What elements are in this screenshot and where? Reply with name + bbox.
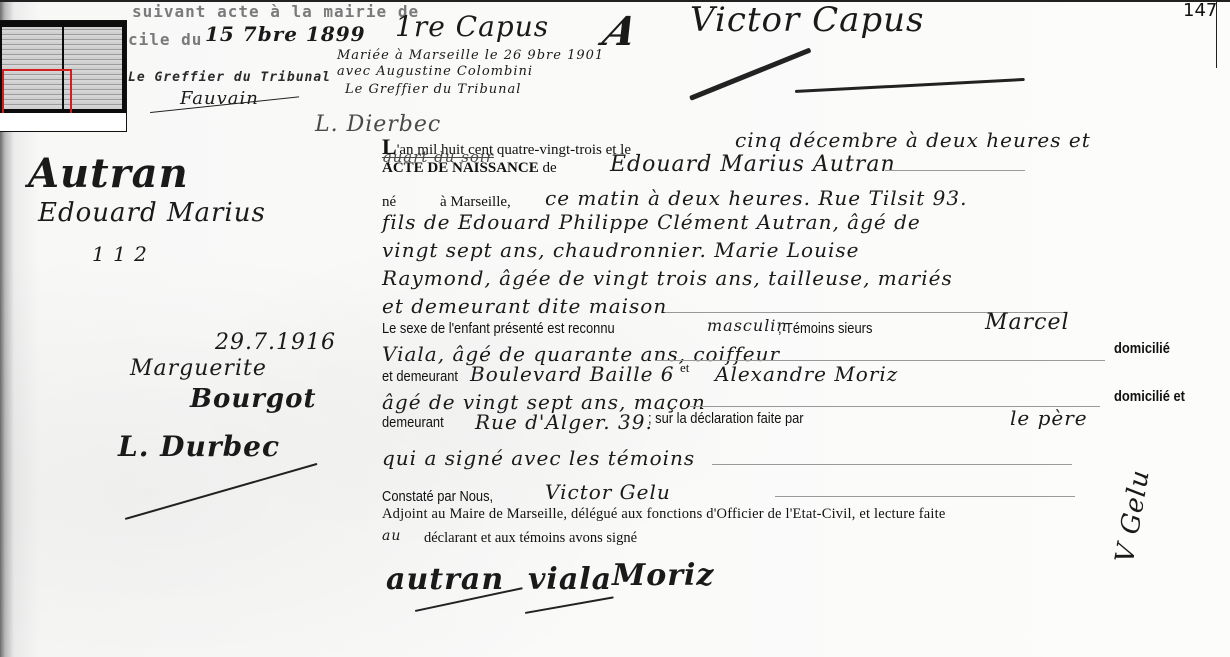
child-name: Edouard Marius Autran — [610, 152, 896, 177]
minimap-viewport-frame[interactable] — [2, 69, 72, 115]
born-place-printed: à Marseille, — [440, 194, 511, 211]
greffier-signature: Fauvain — [180, 88, 259, 109]
mother-line: Raymond, âgée de vingt trois ans, taille… — [382, 266, 953, 290]
minimap-footer — [0, 113, 126, 131]
register-label: 1re Capus — [395, 10, 549, 43]
father-line2: vingt sept ans, chaudronnier. Marie Loui… — [382, 238, 859, 262]
demeurant-label-1: et demeurant — [382, 368, 458, 385]
signature-flourish-thick — [689, 47, 811, 100]
father-signature: autran — [386, 562, 504, 597]
father-line: fils de Edouard Philippe Clément Autran,… — [382, 210, 921, 234]
page-navigator-minimap[interactable] — [0, 20, 127, 132]
demeurant-label-2: demeurant — [382, 414, 444, 431]
witness1-first-name: Marcel — [985, 310, 1070, 335]
witness2-address: Rue d'Alger. 39. — [475, 410, 653, 434]
domicilie-label-2: domicilié et — [1114, 388, 1185, 405]
domicilie-label-1: domicilié — [1114, 340, 1170, 357]
final-printed: déclarant et aux témoins avons signé — [424, 530, 637, 547]
act-title: ACTE DE NAISSANCE de — [382, 160, 557, 177]
witness1-address: Boulevard Baille 6 — [470, 362, 675, 386]
sex-printed: Le sexe de l'enfant présenté est reconnu — [382, 320, 615, 337]
mention-spouse-first: Marguerite — [130, 356, 267, 381]
top-initial-signature: A — [597, 8, 644, 55]
declaration-printed: ; sur la déclaration faite par — [648, 410, 804, 427]
declarant-line2: qui a signé avec les témoins — [382, 446, 695, 470]
declarant: le père — [1010, 406, 1088, 430]
fill-line — [712, 464, 1072, 465]
witnesses-printed: ; Témoins sieurs — [778, 320, 872, 337]
officer-signature: V Gelu — [1110, 467, 1156, 565]
margin-given-names: Edouard Marius — [38, 198, 266, 228]
mention-greffier-signature: L. Durbec — [118, 430, 280, 463]
minimap-right-page — [64, 27, 122, 109]
adjoint-printed: Adjoint au Maire de Marseille, délégué a… — [382, 506, 945, 523]
witness1-signature: viala — [528, 562, 612, 597]
page-edge-line — [1216, 0, 1217, 68]
mention-spouse-last: Bourgot — [190, 384, 316, 414]
fill-line — [775, 496, 1075, 497]
born-details: ce matin à deux heures. Rue Tilsit 93. — [545, 186, 968, 210]
marriage-note-line2: avec Augustine Colombini — [337, 64, 533, 79]
witness2-name: Alexandre Moriz — [715, 362, 898, 386]
born-label: né — [382, 194, 396, 211]
previous-act-date: 15 7bre 1899 — [205, 22, 366, 46]
signature-underline — [795, 78, 1025, 93]
mention-flourish — [125, 463, 318, 520]
constate-printed: Constaté par Nous, — [382, 488, 493, 505]
residence-line: et demeurant dite maison — [382, 294, 667, 318]
fill-line — [655, 360, 1105, 361]
au-hand: au — [382, 528, 401, 544]
scanned-register-page: suivant acte à la mairie de cile du 15 7… — [0, 0, 1230, 657]
top-officer-signature: Victor Capus — [690, 0, 924, 40]
mention-date: 29.7.1916 — [215, 330, 336, 355]
et-label: et — [680, 360, 689, 376]
marriage-note-line3: Le Greffier du Tribunal — [345, 82, 521, 97]
page-number: 147 — [1183, 0, 1217, 21]
witness2-signature: Moriz — [612, 558, 714, 593]
act-date-time-hand: cinq décembre à deux heures et — [735, 128, 1091, 152]
margin-surname: Autran — [28, 150, 189, 197]
officer-name: Victor Gelu — [545, 480, 671, 504]
previous-act-typed-line1: suivant acte à la mairie de — [132, 2, 419, 21]
fill-line — [885, 170, 1025, 171]
witness1-signature-flourish — [525, 596, 614, 614]
sex-value: masculin — [707, 316, 788, 335]
marriage-note-line1: Mariée à Marseille le 26 9bre 1901 — [337, 48, 604, 63]
greffier-typed-label: Le Greffier du Tribunal — [128, 70, 331, 85]
previous-act-typed-line2-prefix: cile du — [128, 30, 202, 49]
margin-entry-number: 1 1 2 — [92, 242, 148, 266]
